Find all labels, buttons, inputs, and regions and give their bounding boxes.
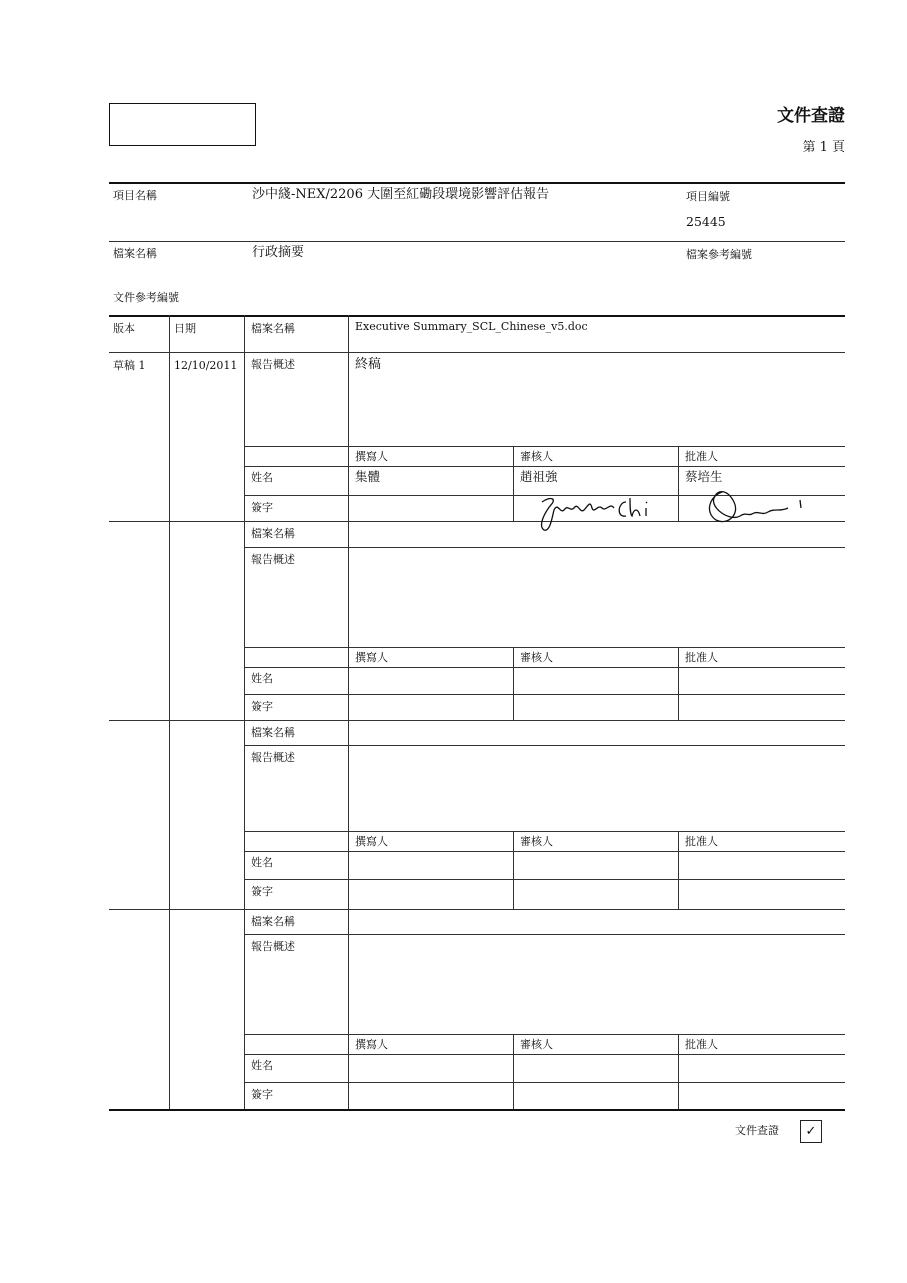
table-rule [348, 720, 349, 909]
table-rule [109, 720, 845, 721]
approver-signature [700, 478, 820, 528]
author-name: 集體 [355, 471, 380, 484]
table-rule [513, 647, 514, 720]
table-rule [244, 851, 845, 852]
table-rule [109, 909, 845, 910]
role-checker-label: 審核人 [520, 836, 553, 847]
project-name-label: 項目名稱 [113, 190, 157, 201]
name-label: 姓名 [251, 857, 273, 868]
table-rule [244, 647, 845, 648]
table-rule [244, 315, 245, 1110]
file-name-label: 檔案名稱 [251, 727, 295, 738]
signature-label: 簽字 [251, 701, 273, 712]
file-name-value: 行政摘要 [252, 246, 304, 259]
table-rule [244, 934, 845, 935]
file-name-label: 檔案名稱 [251, 916, 295, 927]
table-rule [244, 1034, 845, 1035]
table-rule [348, 315, 349, 521]
role-author-label: 撰寫人 [355, 652, 388, 663]
table-rule [244, 694, 845, 695]
description-label: 報告概述 [251, 941, 295, 952]
table-rule [109, 352, 845, 353]
version-value: 草稿 1 [113, 360, 146, 371]
description-value: 終稿 [355, 358, 381, 371]
date-value: 12/10/2011 [174, 360, 237, 371]
table-rule [513, 831, 514, 909]
doc-ref-label: 文件參考編號 [113, 292, 179, 303]
divider [109, 241, 845, 242]
divider [109, 182, 845, 184]
table-rule [678, 831, 679, 909]
project-number-label: 項目編號 [686, 191, 730, 202]
file-name-label: 檔案名稱 [113, 248, 157, 259]
table-rule [244, 547, 845, 548]
table-rule [244, 879, 845, 880]
role-checker-label: 審核人 [520, 1039, 553, 1050]
table-rule [513, 446, 514, 521]
role-checker-label: 審核人 [520, 652, 553, 663]
table-rule [244, 667, 845, 668]
signature-label: 簽字 [251, 886, 273, 897]
table-rule [244, 1082, 845, 1083]
table-rule [244, 446, 845, 447]
table-rule [348, 521, 349, 720]
signature-label: 簽字 [251, 1089, 273, 1100]
name-label: 姓名 [251, 1060, 273, 1071]
table-rule [244, 466, 845, 467]
role-approver-label: 批准人 [685, 1039, 718, 1050]
role-checker-label: 審核人 [520, 451, 553, 462]
role-author-label: 撰寫人 [355, 1039, 388, 1050]
checker-name: 趙祖強 [520, 471, 558, 484]
description-label: 報告概述 [251, 554, 295, 565]
file-ref-label: 檔案參考編號 [686, 249, 752, 260]
role-author-label: 撰寫人 [355, 451, 388, 462]
role-author-label: 撰寫人 [355, 836, 388, 847]
table-rule [244, 745, 845, 746]
project-name-value: 沙中綫-NEX/2206 大圍至紅磡段環境影響評估報告 [252, 188, 549, 201]
checker-signature [530, 492, 680, 532]
table-rule [678, 1034, 679, 1110]
page-number: 第 1 頁 [802, 141, 845, 154]
name-label: 姓名 [251, 673, 273, 684]
table-rule [244, 831, 845, 832]
project-number-value: 25445 [686, 216, 726, 229]
table-rule [109, 1109, 845, 1111]
role-approver-label: 批准人 [685, 652, 718, 663]
description-label: 報告概述 [251, 359, 295, 370]
verify-label: 文件查證 [735, 1125, 779, 1136]
table-rule [109, 315, 845, 317]
role-approver-label: 批准人 [685, 451, 718, 462]
verify-checkbox[interactable]: ✓ [800, 1120, 822, 1143]
table-rule [244, 1054, 845, 1055]
column-header-date: 日期 [174, 323, 196, 334]
document-title: 文件查證 [777, 108, 845, 125]
name-label: 姓名 [251, 472, 273, 483]
table-rule [513, 1034, 514, 1110]
signature-label: 簽字 [251, 502, 273, 513]
file-name-label: 檔案名稱 [251, 528, 295, 539]
table-rule [678, 647, 679, 720]
table-rule [169, 315, 170, 1110]
file-name-label: 檔案名稱 [251, 323, 295, 334]
description-label: 報告概述 [251, 752, 295, 763]
role-approver-label: 批准人 [685, 836, 718, 847]
column-header-version: 版本 [113, 323, 135, 334]
file-name-value: Executive Summary_SCL_Chinese_v5.doc [355, 321, 588, 332]
table-rule [348, 909, 349, 1110]
logo-placeholder-box [109, 103, 256, 146]
